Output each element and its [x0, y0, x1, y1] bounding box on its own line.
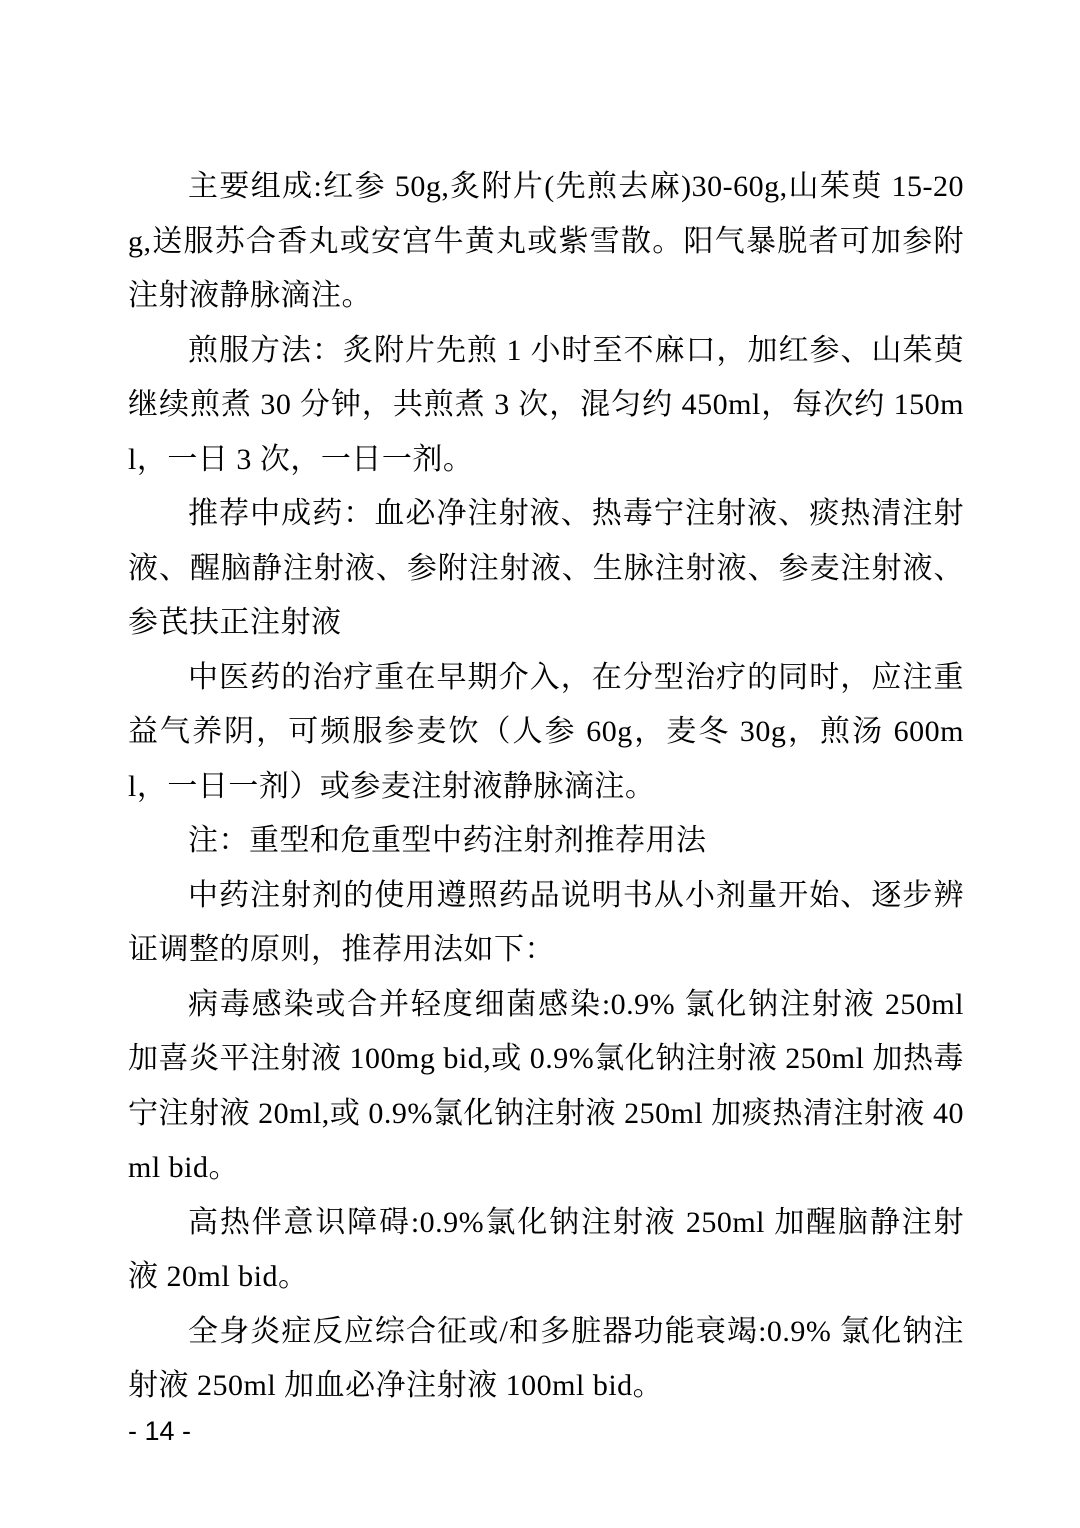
paragraph-high-fever-regimen: 高热伴意识障碍:0.9%氯化钠注射液 250ml 加醒脑静注射液 20ml bi… [128, 1196, 964, 1305]
document-body: 主要组成:红参 50g,炙附片(先煎去麻)30-60g,山茱萸 15-20g,送… [128, 160, 964, 1414]
paragraph-recommended-patent-medicines: 推荐中成药：血必净注射液、热毒宁注射液、痰热清注射液、醒脑静注射液、参附注射液、… [128, 487, 964, 651]
paragraph-note-heading: 注：重型和危重型中药注射剂推荐用法 [128, 814, 964, 869]
paragraph-decoction-method: 煎服方法：炙附片先煎 1 小时至不麻口，加红参、山茱萸继续煎煮 30 分钟，共煎… [128, 324, 964, 488]
page-number: - 14 - [128, 1416, 191, 1447]
document-page: 主要组成:红参 50g,炙附片(先煎去麻)30-60g,山茱萸 15-20g,送… [0, 0, 1080, 1528]
paragraph-viral-infection-regimen: 病毒感染或合并轻度细菌感染:0.9% 氯化钠注射液 250ml 加喜炎平注射液 … [128, 978, 964, 1196]
paragraph-injection-usage-principle: 中药注射剂的使用遵照药品说明书从小剂量开始、逐步辨证调整的原则，推荐用法如下： [128, 869, 964, 978]
paragraph-tcm-early-intervention: 中医药的治疗重在早期介入，在分型治疗的同时，应注重益气养阴，可频服参麦饮（人参 … [128, 651, 964, 815]
paragraph-sirs-regimen: 全身炎症反应综合征或/和多脏器功能衰竭:0.9% 氯化钠注射液 250ml 加血… [128, 1305, 964, 1414]
paragraph-main-composition: 主要组成:红参 50g,炙附片(先煎去麻)30-60g,山茱萸 15-20g,送… [128, 160, 964, 324]
